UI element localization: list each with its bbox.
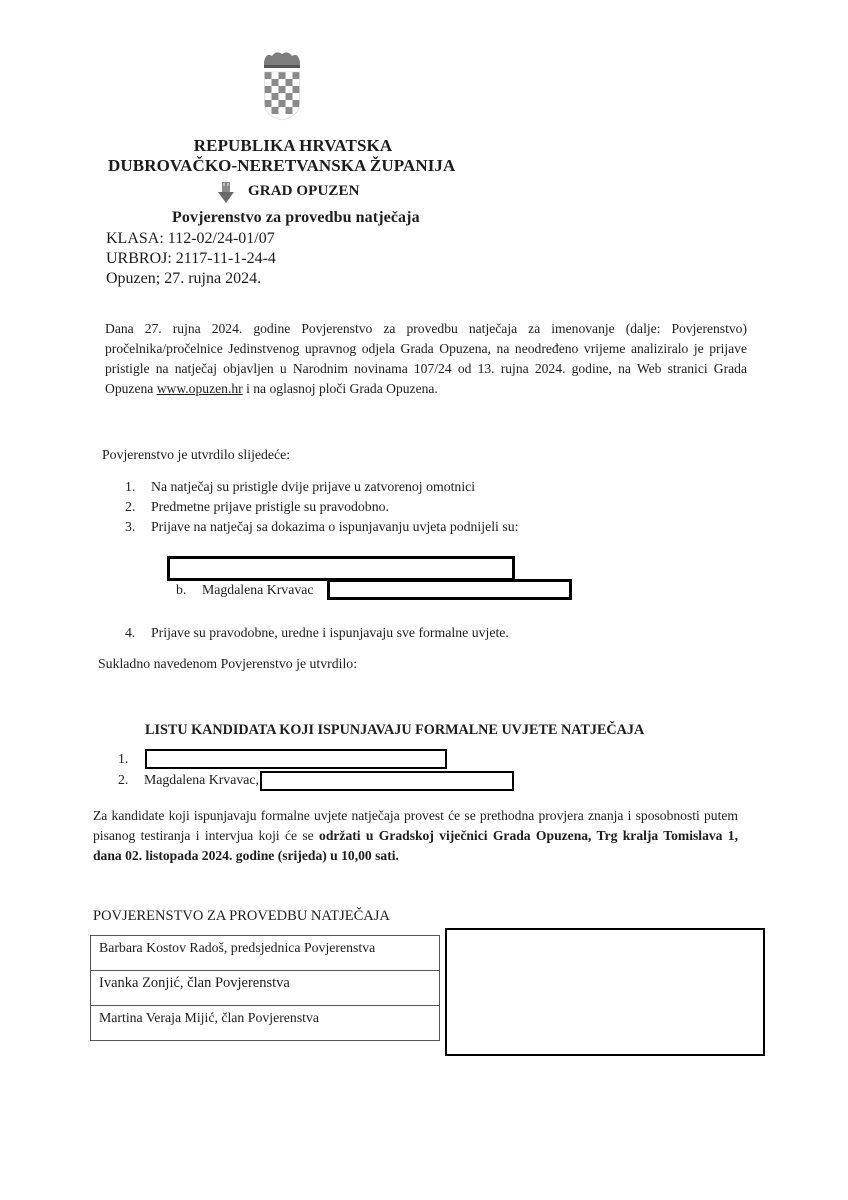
item-number: 1.: [125, 479, 151, 495]
testing-paragraph: Za kandidate koji ispunjavaju formalne u…: [93, 806, 738, 866]
header-body: Povjerenstvo za provedbu natječaja: [172, 209, 420, 227]
committee-title: POVJERENSTVO ZA PROVEDBU NATJEČAJA: [93, 908, 390, 925]
item-number: 3.: [125, 519, 151, 535]
opuzen-coat-of-arms-icon: [217, 180, 235, 204]
finding-item: 2.Predmetne prijave pristigle su pravodo…: [125, 499, 389, 515]
candidate-item: 2.Magdalena Krvavac,: [118, 772, 259, 788]
committee-member: Martina Veraja Mijić, član Povjerenstva: [91, 1006, 440, 1041]
header-country: REPUBLIKA HRVATSKA: [0, 136, 586, 156]
signature-redaction-box: [445, 928, 765, 1056]
committee-member: Barbara Kostov Radoš, predsjednica Povje…: [91, 936, 440, 971]
header-city: GRAD OPUZEN: [248, 183, 360, 200]
item-text: Prijave su pravodobne, uredne i ispunjav…: [151, 625, 509, 640]
finding-item-4: 4.Prijave su pravodobne, uredne i ispunj…: [125, 625, 509, 641]
table-row: Ivanka Zonjić, član Povjerenstva: [91, 971, 440, 1006]
croatian-coat-of-arms-icon: [262, 48, 302, 122]
redaction-box: [167, 556, 515, 581]
candidate-name: Magdalena Krvavac,: [144, 772, 259, 787]
candidate-item: 1.: [118, 751, 144, 767]
applicant-name: Magdalena Krvavac: [202, 582, 313, 597]
item-number: 2.: [125, 499, 151, 515]
redaction-box: [145, 749, 447, 769]
item-number: 4.: [125, 625, 151, 641]
intro-text-end: i na oglasnoj ploči Grada Opuzena.: [243, 381, 438, 396]
header-county: DUBROVAČKO-NERETVANSKA ŽUPANIJA: [108, 156, 455, 176]
intro-paragraph: Dana 27. rujna 2024. godine Povjerenstvo…: [105, 319, 747, 399]
place-date: Opuzen; 27. rujna 2024.: [106, 270, 261, 288]
klasa: KLASA: 112-02/24-01/07: [106, 230, 275, 248]
item-text: Prijave na natječaj sa dokazima o ispunj…: [151, 519, 518, 534]
applicant-b: b.Magdalena Krvavac: [176, 582, 313, 598]
item-text: Predmetne prijave pristigle su pravodobn…: [151, 499, 389, 514]
candidate-number: 1.: [118, 751, 144, 767]
candidates-title: LISTU KANDIDATA KOJI ISPUNJAVAJU FORMALN…: [145, 722, 644, 739]
urbroj: URBROJ: 2117-11-1-24-4: [106, 250, 276, 268]
conclusion: Sukladno navedenom Povjerenstvo je utvrd…: [98, 656, 357, 672]
item-text: Na natječaj su pristigle dvije prijave u…: [151, 479, 475, 494]
redaction-box: [260, 771, 514, 791]
finding-item: 1.Na natječaj su pristigle dvije prijave…: [125, 479, 475, 495]
finding-item: 3.Prijave na natječaj sa dokazima o ispu…: [125, 519, 518, 535]
applicant-letter: b.: [176, 582, 202, 598]
website-link[interactable]: www.opuzen.hr: [157, 381, 243, 396]
table-row: Barbara Kostov Radoš, predsjednica Povje…: [91, 936, 440, 971]
table-row: Martina Veraja Mijić, član Povjerenstva: [91, 1006, 440, 1041]
candidate-number: 2.: [118, 772, 144, 788]
redaction-box: [327, 579, 572, 600]
findings-title: Povjerenstvo je utvrdilo slijedeće:: [102, 447, 290, 463]
committee-member: Ivanka Zonjić, član Povjerenstva: [91, 971, 440, 1006]
committee-table: Barbara Kostov Radoš, predsjednica Povje…: [90, 935, 440, 1041]
